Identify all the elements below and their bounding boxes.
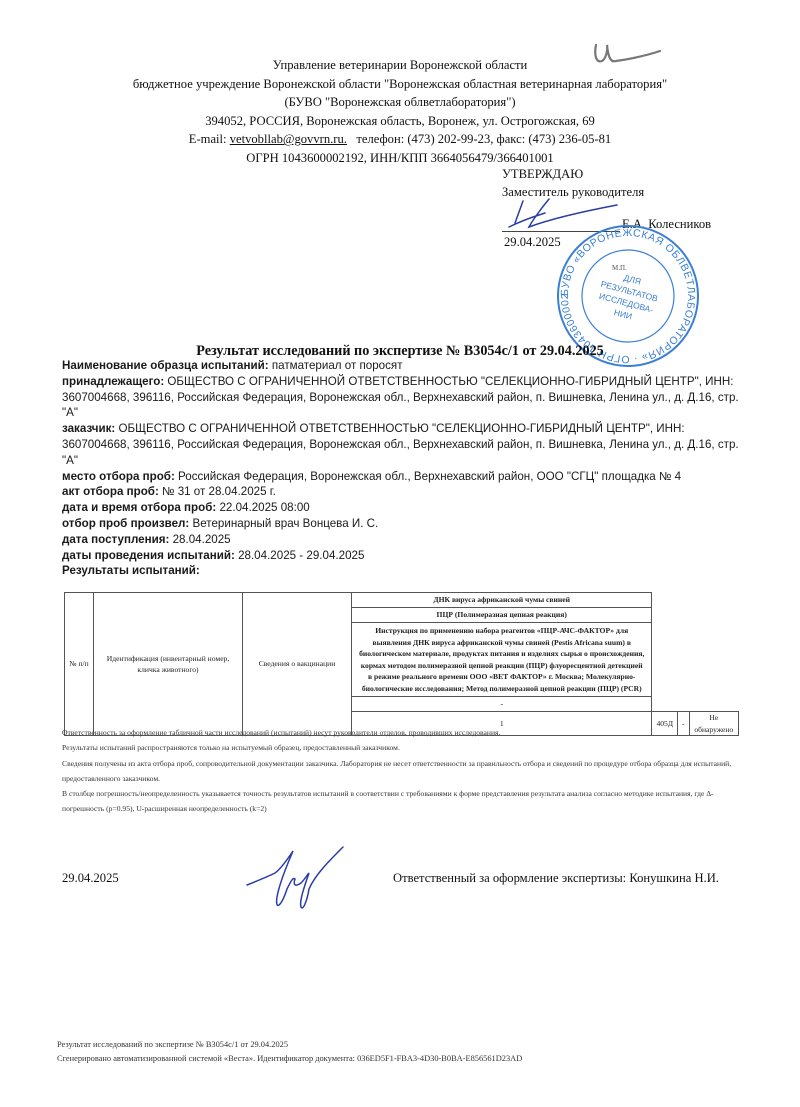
- info-label: даты проведения испытаний:: [62, 549, 235, 562]
- responsible-signature-icon: [245, 845, 345, 920]
- info-label: заказчик:: [62, 422, 115, 435]
- header-line-1: Управление ветеринарии Воронежской облас…: [0, 56, 800, 75]
- footer-date: 29.04.2025: [62, 871, 119, 886]
- header-line-2: бюджетное учреждение Воронежской области…: [0, 75, 800, 94]
- document-reference: Результат исследований по экспертизе № В…: [57, 1038, 522, 1052]
- approval-date: 29.04.2025: [504, 233, 561, 251]
- info-field: заказчик: ОБЩЕСТВО С ОГРАНИЧЕННОЙ ОТВЕТС…: [62, 421, 742, 468]
- info-label: Наименование образца испытаний:: [62, 359, 269, 372]
- header-registry: ОГРН 1043600002192, ИНН/КПП 3664056479/3…: [0, 149, 800, 168]
- notes-block: Ответственность за оформление табличной …: [62, 725, 742, 817]
- info-field: акт отбора проб: № 31 от 28.04.2025 г.: [62, 484, 742, 500]
- info-label: Результаты испытаний:: [62, 564, 200, 577]
- svg-text:М.П.: М.П.: [612, 264, 627, 272]
- info-label: акт отбора проб:: [62, 485, 159, 498]
- uncertainty-cell: -: [352, 697, 652, 712]
- info-label: дата поступления:: [62, 533, 169, 546]
- info-value: Российская Федерация, Воронежская обл., …: [175, 470, 681, 483]
- info-field: дата поступления: 28.04.2025: [62, 532, 742, 548]
- info-value: ОБЩЕСТВО С ОГРАНИЧЕННОЙ ОТВЕТСТВЕННОСТЬЮ…: [62, 422, 739, 467]
- info-value: № 31 от 28.04.2025 г.: [159, 485, 276, 498]
- info-field: отбор проб произвел: Ветеринарный врач В…: [62, 516, 742, 532]
- info-field: принадлежащего: ОБЩЕСТВО С ОГРАНИЧЕННОЙ …: [62, 374, 742, 421]
- info-field: даты проведения испытаний: 28.04.2025 - …: [62, 548, 742, 564]
- note-1: Ответственность за оформление табличной …: [62, 725, 742, 740]
- results-table: № п/п Идентификация (инвентарный номер, …: [64, 592, 739, 736]
- info-label: отбор проб произвел:: [62, 517, 189, 530]
- info-value: патматериал от поросят: [269, 359, 403, 372]
- col-header-number: № п/п: [65, 593, 94, 736]
- info-value: 28.04.2025 - 29.04.2025: [235, 549, 365, 562]
- info-label: принадлежащего:: [62, 375, 164, 388]
- info-value: Ветеринарный врач Вонцева И. С.: [189, 517, 378, 530]
- info-value: 22.04.2025 08:00: [216, 501, 309, 514]
- method-document: Инструкция по применению набора реагенто…: [352, 623, 652, 697]
- header-address: 394052, РОССИЯ, Воронежская область, Вор…: [0, 112, 800, 131]
- header-line-3: (БУВО "Воронежская облветлаборатория"): [0, 93, 800, 112]
- document-footer: Результат исследований по экспертизе № В…: [57, 1038, 522, 1065]
- info-field: место отбора проб: Российская Федерация,…: [62, 469, 742, 485]
- indicator-header: ДНК вируса африканской чумы свиней: [352, 593, 652, 608]
- header-contacts: E-mail: vetvobllab@govvrn.ru. телефон: (…: [0, 130, 800, 149]
- info-label: место отбора проб:: [62, 470, 175, 483]
- method-type-header: ПЦР (Полимеразная цепная реакция): [352, 608, 652, 623]
- note-2: Результаты испытаний распространяются то…: [62, 740, 742, 755]
- sample-info: Наименование образца испытаний: патматер…: [62, 358, 742, 579]
- responsible-person: Ответственный за оформление экспертизы: …: [393, 871, 719, 886]
- organization-header: Управление ветеринарии Воронежской облас…: [0, 56, 800, 168]
- email-label: E-mail:: [189, 132, 227, 146]
- approval-heading: УТВЕРЖДАЮ: [502, 165, 644, 183]
- info-label: дата и время отбора проб:: [62, 501, 216, 514]
- note-3: Сведения получены из акта отбора проб, с…: [62, 756, 742, 787]
- info-value: 28.04.2025: [169, 533, 230, 546]
- info-field: Наименование образца испытаний: патматер…: [62, 358, 742, 374]
- note-4: В столбце погрешность/неопределенность у…: [62, 786, 742, 817]
- svg-text:НИИ: НИИ: [613, 307, 633, 321]
- info-field: Результаты испытаний:: [62, 563, 742, 579]
- col-header-identification: Идентификация (инвентарный номер, кличка…: [94, 593, 243, 736]
- col-header-vaccination: Сведения о вакцинации: [243, 593, 352, 736]
- generation-info: Сгенерировано автоматизированной системо…: [57, 1052, 522, 1066]
- phone-fax: телефон: (473) 202-99-23, факс: (473) 23…: [356, 132, 611, 146]
- email-link[interactable]: vetvobllab@govvrn.ru.: [230, 132, 347, 146]
- info-field: дата и время отбора проб: 22.04.2025 08:…: [62, 500, 742, 516]
- info-value: ОБЩЕСТВО С ОГРАНИЧЕННОЙ ОТВЕТСТВЕННОСТЬЮ…: [62, 375, 739, 420]
